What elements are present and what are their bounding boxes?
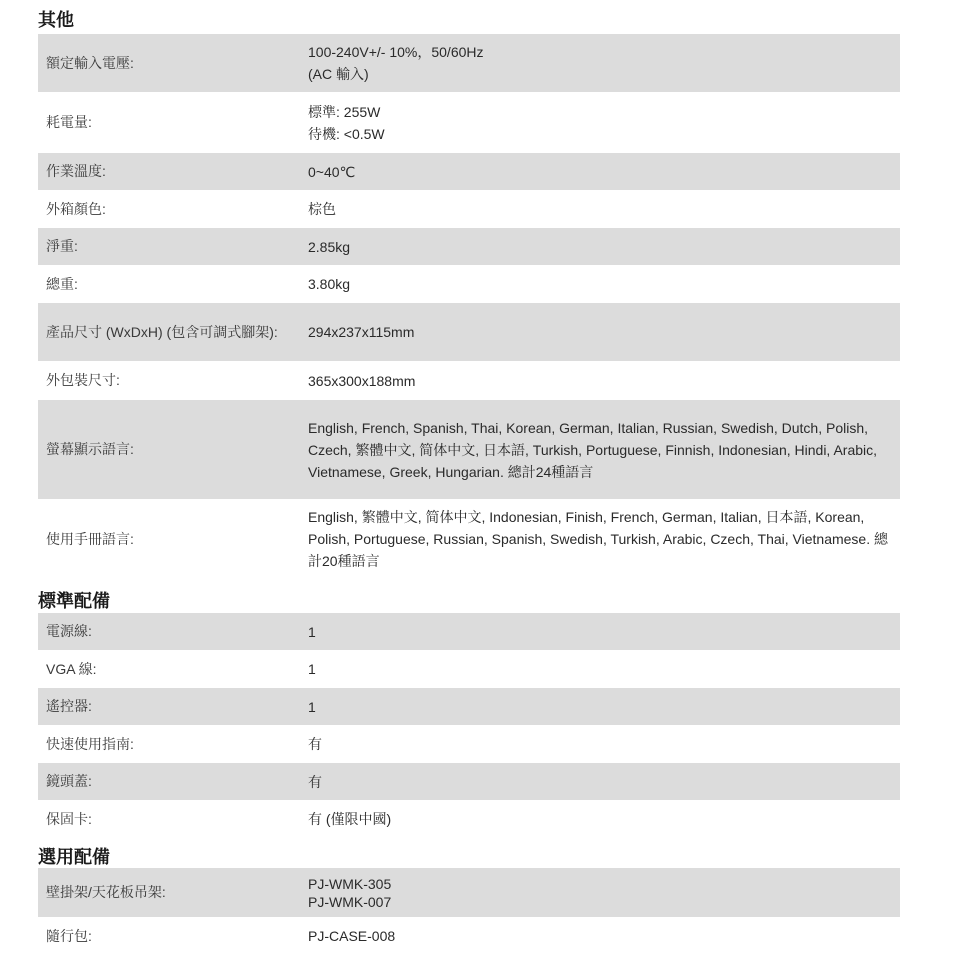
spec-label: 產品尺寸 (WxDxH) (包含可調式腳架): [38, 322, 308, 343]
spec-value: PJ-CASE-008 [308, 925, 900, 947]
spec-value: 1 [308, 696, 900, 718]
spec-label: 作業溫度: [38, 161, 308, 182]
spec-value: 100-240V+/- 10%，50/60Hz (AC 輸入) [308, 41, 900, 85]
spec-row-quick-start-guide: 快速使用指南: 有 [38, 725, 900, 763]
spec-row-manual-languages: 使用手冊語言: English, 繁體中文, 简体中文, Indonesian,… [38, 499, 900, 579]
spec-row-power-consumption: 耗電量: 標準: 255W 待機: <0.5W [38, 92, 900, 153]
spec-label: 耗電量: [38, 112, 308, 133]
spec-value-line: PJ-WMK-305 [308, 875, 890, 893]
spec-label: 額定輸入電壓: [38, 53, 308, 74]
spec-label: 隨行包: [38, 926, 308, 947]
spec-value: 有 (僅限中國) [308, 808, 900, 830]
spec-label: 螢幕顯示語言: [38, 439, 308, 460]
spec-label: 壁掛架/天花板吊架: [38, 882, 308, 903]
spec-label: 鏡頭蓋: [38, 771, 308, 792]
spec-value-line: 標準: 255W [308, 101, 890, 123]
spec-row-osd-languages: 螢幕顯示語言: English, French, Spanish, Thai, … [38, 400, 900, 499]
spec-value-line: (AC 輸入) [308, 63, 890, 85]
spec-value: PJ-WMK-305 PJ-WMK-007 [308, 875, 900, 911]
spec-value: 棕色 [308, 198, 900, 220]
spec-value: English, French, Spanish, Thai, Korean, … [308, 417, 900, 483]
section-title-standard-accessories: 標準配備 [38, 587, 110, 613]
spec-value: 1 [308, 621, 900, 643]
spec-value: 2.85kg [308, 236, 900, 258]
spec-row-case-color: 外箱顏色: 棕色 [38, 190, 900, 228]
spec-row-carry-case: 隨行包: PJ-CASE-008 [38, 917, 900, 955]
spec-row-package-dimensions: 外包裝尺寸: 365x300x188mm [38, 361, 900, 400]
spec-label: 快速使用指南: [38, 734, 308, 755]
spec-table-optional-accessories: 壁掛架/天花板吊架: PJ-WMK-305 PJ-WMK-007 隨行包: PJ… [38, 868, 900, 955]
spec-row-net-weight: 淨重: 2.85kg [38, 228, 900, 265]
spec-label: 外包裝尺寸: [38, 370, 308, 391]
spec-value-line: 待機: <0.5W [308, 123, 890, 145]
spec-value: 0~40℃ [308, 161, 900, 183]
spec-row-product-dimensions: 產品尺寸 (WxDxH) (包含可調式腳架): 294x237x115mm [38, 303, 900, 361]
spec-label: VGA 線: [38, 659, 308, 680]
spec-label: 保固卡: [38, 809, 308, 830]
spec-row-operating-temp: 作業溫度: 0~40℃ [38, 153, 900, 190]
spec-value-line: 100-240V+/- 10%，50/60Hz [308, 41, 890, 63]
spec-row-remote-control: 遙控器: 1 [38, 688, 900, 725]
spec-table-standard-accessories: 電源線: 1 VGA 線: 1 遙控器: 1 快速使用指南: 有 鏡頭蓋: 有 … [38, 613, 900, 838]
spec-label: 使用手冊語言: [38, 529, 308, 550]
spec-value: 有 [308, 733, 900, 755]
spec-value: 1 [308, 658, 900, 680]
spec-row-lens-cap: 鏡頭蓋: 有 [38, 763, 900, 800]
spec-value: 294x237x115mm [308, 321, 900, 343]
spec-label: 電源線: [38, 621, 308, 642]
spec-row-warranty-card: 保固卡: 有 (僅限中國) [38, 800, 900, 838]
spec-value: 365x300x188mm [308, 370, 900, 392]
spec-table-other: 額定輸入電壓: 100-240V+/- 10%，50/60Hz (AC 輸入) … [38, 34, 900, 579]
spec-row-wall-ceiling-mount: 壁掛架/天花板吊架: PJ-WMK-305 PJ-WMK-007 [38, 868, 900, 917]
spec-value: English, 繁體中文, 简体中文, Indonesian, Finish,… [308, 506, 900, 572]
spec-value: 3.80kg [308, 273, 900, 295]
spec-row-rated-voltage: 額定輸入電壓: 100-240V+/- 10%，50/60Hz (AC 輸入) [38, 34, 900, 92]
spec-row-vga-cable: VGA 線: 1 [38, 650, 900, 688]
spec-value: 有 [308, 771, 900, 793]
spec-label: 遙控器: [38, 696, 308, 717]
spec-row-power-cord: 電源線: 1 [38, 613, 900, 650]
section-title-optional-accessories: 選用配備 [38, 843, 110, 869]
spec-value: 標準: 255W 待機: <0.5W [308, 101, 900, 145]
section-title-other: 其他 [38, 6, 74, 32]
spec-row-gross-weight: 總重: 3.80kg [38, 265, 900, 303]
spec-label: 總重: [38, 274, 308, 295]
spec-value-line: PJ-WMK-007 [308, 893, 890, 911]
spec-label: 淨重: [38, 236, 308, 257]
spec-label: 外箱顏色: [38, 199, 308, 220]
